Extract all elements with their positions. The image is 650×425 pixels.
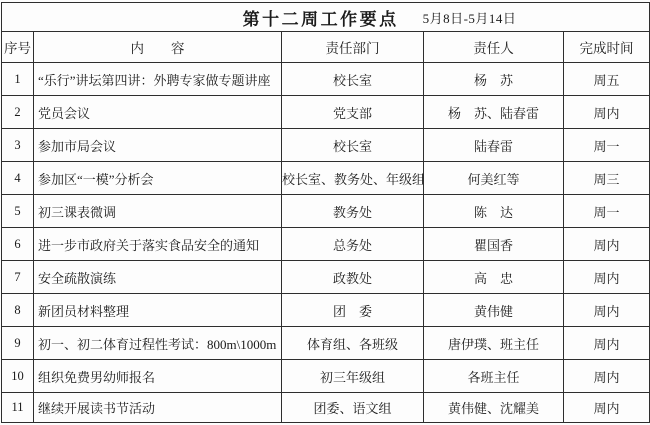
header-content: 内 容 [34, 32, 282, 63]
table-row: 5 初三课表微调 教务处 陈 达 周一 [2, 195, 650, 228]
cell-no: 10 [2, 360, 34, 393]
header-no: 序号 [2, 32, 34, 63]
cell-department: 初三年级组 [282, 360, 424, 393]
cell-department: 团 委 [282, 294, 424, 327]
cell-person: 高 忠 [424, 261, 564, 294]
cell-content: 党员会议 [34, 96, 282, 129]
cell-content: 初三课表微调 [34, 195, 282, 228]
table-row: 10 组织免费男幼师报名 初三年级组 各班主任 周内 [2, 360, 650, 393]
cell-deadline: 周五 [564, 63, 650, 96]
cell-content: 安全疏散演练 [34, 261, 282, 294]
cell-content: “乐行”讲坛第四讲：外聘专家做专题讲座 [34, 63, 282, 96]
table-row: 7 安全疏散演练 政教处 高 忠 周内 [2, 261, 650, 294]
table-row: 11 继续开展读书节活动 团委、语文组 黄伟健、沈耀美 周内 [2, 393, 650, 423]
cell-deadline: 周三 [564, 162, 650, 195]
cell-no: 2 [2, 96, 34, 129]
cell-deadline: 周内 [564, 228, 650, 261]
cell-department: 体育组、各班级 [282, 327, 424, 360]
table-row: 3 参加市局会议 校长室 陆春雷 周一 [2, 129, 650, 162]
cell-no: 5 [2, 195, 34, 228]
cell-content: 继续开展读书节活动 [34, 393, 282, 423]
cell-deadline: 周一 [564, 195, 650, 228]
cell-no: 4 [2, 162, 34, 195]
cell-no: 6 [2, 228, 34, 261]
cell-no: 1 [2, 63, 34, 96]
cell-content: 组织免费男幼师报名 [34, 360, 282, 393]
cell-person: 黄伟健 [424, 294, 564, 327]
cell-deadline: 周内 [564, 360, 650, 393]
cell-content: 初一、初二体育过程性考试：800m\1000m [34, 327, 282, 360]
cell-deadline: 周内 [564, 327, 650, 360]
table-row: 2 党员会议 党支部 杨 苏、陆春雷 周内 [2, 96, 650, 129]
cell-no: 9 [2, 327, 34, 360]
cell-no: 8 [2, 294, 34, 327]
cell-content: 进一步市政府关于落实食品安全的通知 [34, 228, 282, 261]
header-department: 责任部门 [282, 32, 424, 63]
title-row: 第十二周工作要点 5月8日-5月14日 [2, 3, 650, 32]
date-range: 5月8日-5月14日 [423, 8, 517, 27]
title-cell: 第十二周工作要点 5月8日-5月14日 [2, 3, 650, 32]
page-title: 第十二周工作要点 [243, 5, 399, 30]
work-plan-document: 第十二周工作要点 5月8日-5月14日 序号 内 容 责任部门 责任人 完成时间… [0, 0, 650, 425]
cell-department: 政教处 [282, 261, 424, 294]
cell-person: 陈 达 [424, 195, 564, 228]
cell-person: 唐伊璞、班主任 [424, 327, 564, 360]
cell-department: 校长室 [282, 63, 424, 96]
cell-department: 团委、语文组 [282, 393, 424, 423]
cell-deadline: 周一 [564, 129, 650, 162]
cell-department: 党支部 [282, 96, 424, 129]
cell-content: 新团员材料整理 [34, 294, 282, 327]
cell-department: 校长室、教务处、年级组 [282, 162, 424, 195]
cell-deadline: 周内 [564, 96, 650, 129]
cell-person: 各班主任 [424, 360, 564, 393]
cell-person: 黄伟健、沈耀美 [424, 393, 564, 423]
cell-person: 何美红等 [424, 162, 564, 195]
cell-deadline: 周内 [564, 261, 650, 294]
table-row: 1 “乐行”讲坛第四讲：外聘专家做专题讲座 校长室 杨 苏 周五 [2, 63, 650, 96]
cell-person: 杨 苏、陆春雷 [424, 96, 564, 129]
cell-deadline: 周内 [564, 294, 650, 327]
header-deadline: 完成时间 [564, 32, 650, 63]
cell-deadline: 周内 [564, 393, 650, 423]
cell-content: 参加区“一模”分析会 [34, 162, 282, 195]
cell-content: 参加市局会议 [34, 129, 282, 162]
cell-person: 杨 苏 [424, 63, 564, 96]
cell-person: 瞿国香 [424, 228, 564, 261]
table-row: 9 初一、初二体育过程性考试：800m\1000m 体育组、各班级 唐伊璞、班主… [2, 327, 650, 360]
table-row: 4 参加区“一模”分析会 校长室、教务处、年级组 何美红等 周三 [2, 162, 650, 195]
cell-department: 校长室 [282, 129, 424, 162]
cell-person: 陆春雷 [424, 129, 564, 162]
cell-no: 3 [2, 129, 34, 162]
cell-no: 11 [2, 393, 34, 423]
cell-department: 总务处 [282, 228, 424, 261]
table-row: 6 进一步市政府关于落实食品安全的通知 总务处 瞿国香 周内 [2, 228, 650, 261]
cell-department: 教务处 [282, 195, 424, 228]
header-person: 责任人 [424, 32, 564, 63]
table-row: 8 新团员材料整理 团 委 黄伟健 周内 [2, 294, 650, 327]
header-row: 序号 内 容 责任部门 责任人 完成时间 [2, 32, 650, 63]
cell-no: 7 [2, 261, 34, 294]
work-plan-table: 第十二周工作要点 5月8日-5月14日 序号 内 容 责任部门 责任人 完成时间… [1, 2, 650, 423]
